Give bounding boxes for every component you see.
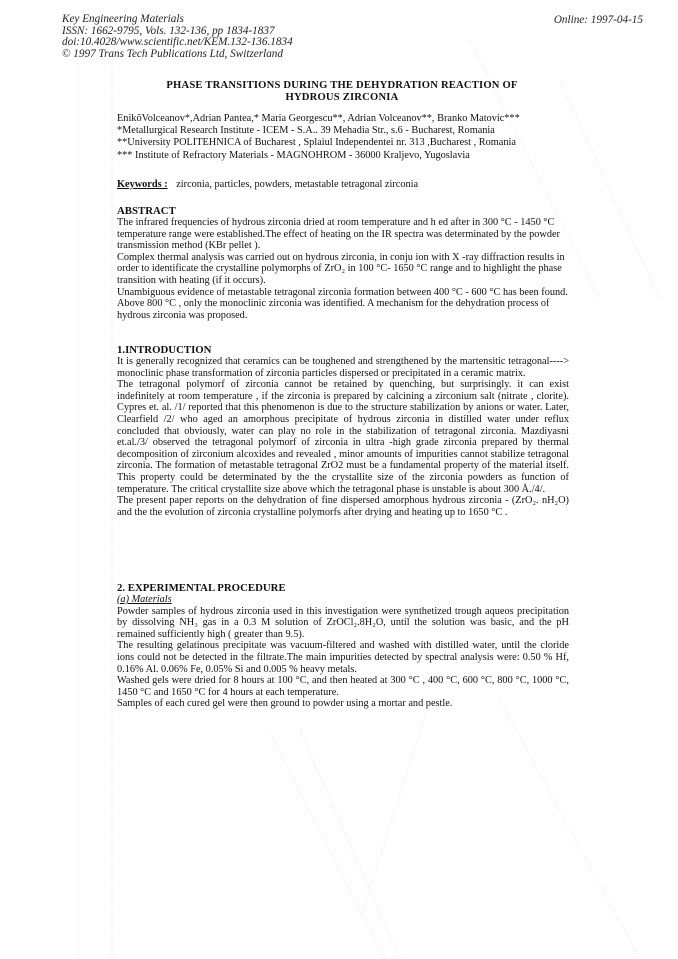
affiliation-3: *** Institute of Refractory Materials - …: [117, 150, 577, 162]
experimental-section: 2. EXPERIMENTAL PROCEDURE (a) Materials …: [117, 582, 569, 710]
experimental-paragraph: Washed gels were dried for 8 hours at 10…: [117, 675, 569, 698]
introduction-heading: 1.INTRODUCTION: [117, 344, 569, 356]
author-affiliations: EnikõVolceanov*,Adrian Pantea,* Maria Ge…: [117, 113, 577, 162]
keywords-value: zirconia, particles, powders, metastable…: [176, 179, 418, 190]
copyright-line: © 1997 Trans Tech Publications Ltd, Swit…: [62, 49, 293, 61]
author-list: EnikõVolceanov*,Adrian Pantea,* Maria Ge…: [117, 113, 577, 125]
experimental-heading: 2. EXPERIMENTAL PROCEDURE: [117, 582, 569, 594]
introduction-paragraph: The present paper reports on the dehydra…: [117, 495, 569, 518]
journal-name: Key Engineering Materials: [62, 14, 293, 26]
experimental-paragraph: Samples of each cured gel were then grou…: [117, 698, 569, 710]
doi-line: doi:10.4028/www.scientific.net/KEM.132-1…: [62, 37, 293, 49]
experimental-paragraph: The resulting gelatinous precipitate was…: [117, 640, 569, 675]
title-line-1: PHASE TRANSITIONS DURING THE DEHYDRATION…: [117, 80, 567, 92]
paper-title: PHASE TRANSITIONS DURING THE DEHYDRATION…: [117, 80, 567, 104]
introduction-paragraph: It is generally recognized that ceramics…: [117, 356, 569, 379]
abstract-paragraph: The infrared frequencies of hydrous zirc…: [117, 217, 569, 252]
title-line-2: HYDROUS ZIRCONIA: [117, 92, 567, 104]
materials-subheading: (a) Materials: [117, 594, 569, 606]
experimental-paragraph: Powder samples of hydrous zirconia used …: [117, 606, 569, 641]
affiliation-2: **University POLITEHNICA of Bucharest , …: [117, 137, 577, 149]
affiliation-1: *Metallurgical Research Institute - ICEM…: [117, 125, 577, 137]
keywords-line: Keywords : zirconia, particles, powders,…: [117, 179, 418, 190]
abstract-heading: ABSTRACT: [117, 205, 569, 217]
introduction-paragraph: The tetragonal polymorf of zirconia cann…: [117, 379, 569, 495]
journal-citation-block: Key Engineering Materials ISSN: 1662-979…: [62, 14, 293, 60]
introduction-section: 1.INTRODUCTION It is generally recognize…: [117, 344, 569, 518]
abstract-paragraph: Unambiguous evidence of metastable tetra…: [117, 287, 569, 322]
keywords-label: Keywords :: [117, 179, 168, 190]
abstract-section: ABSTRACT The infrared frequencies of hyd…: [117, 205, 569, 321]
abstract-paragraph: Complex thermal analysis was carried out…: [117, 252, 569, 287]
online-date: Online: 1997-04-15: [554, 14, 643, 26]
